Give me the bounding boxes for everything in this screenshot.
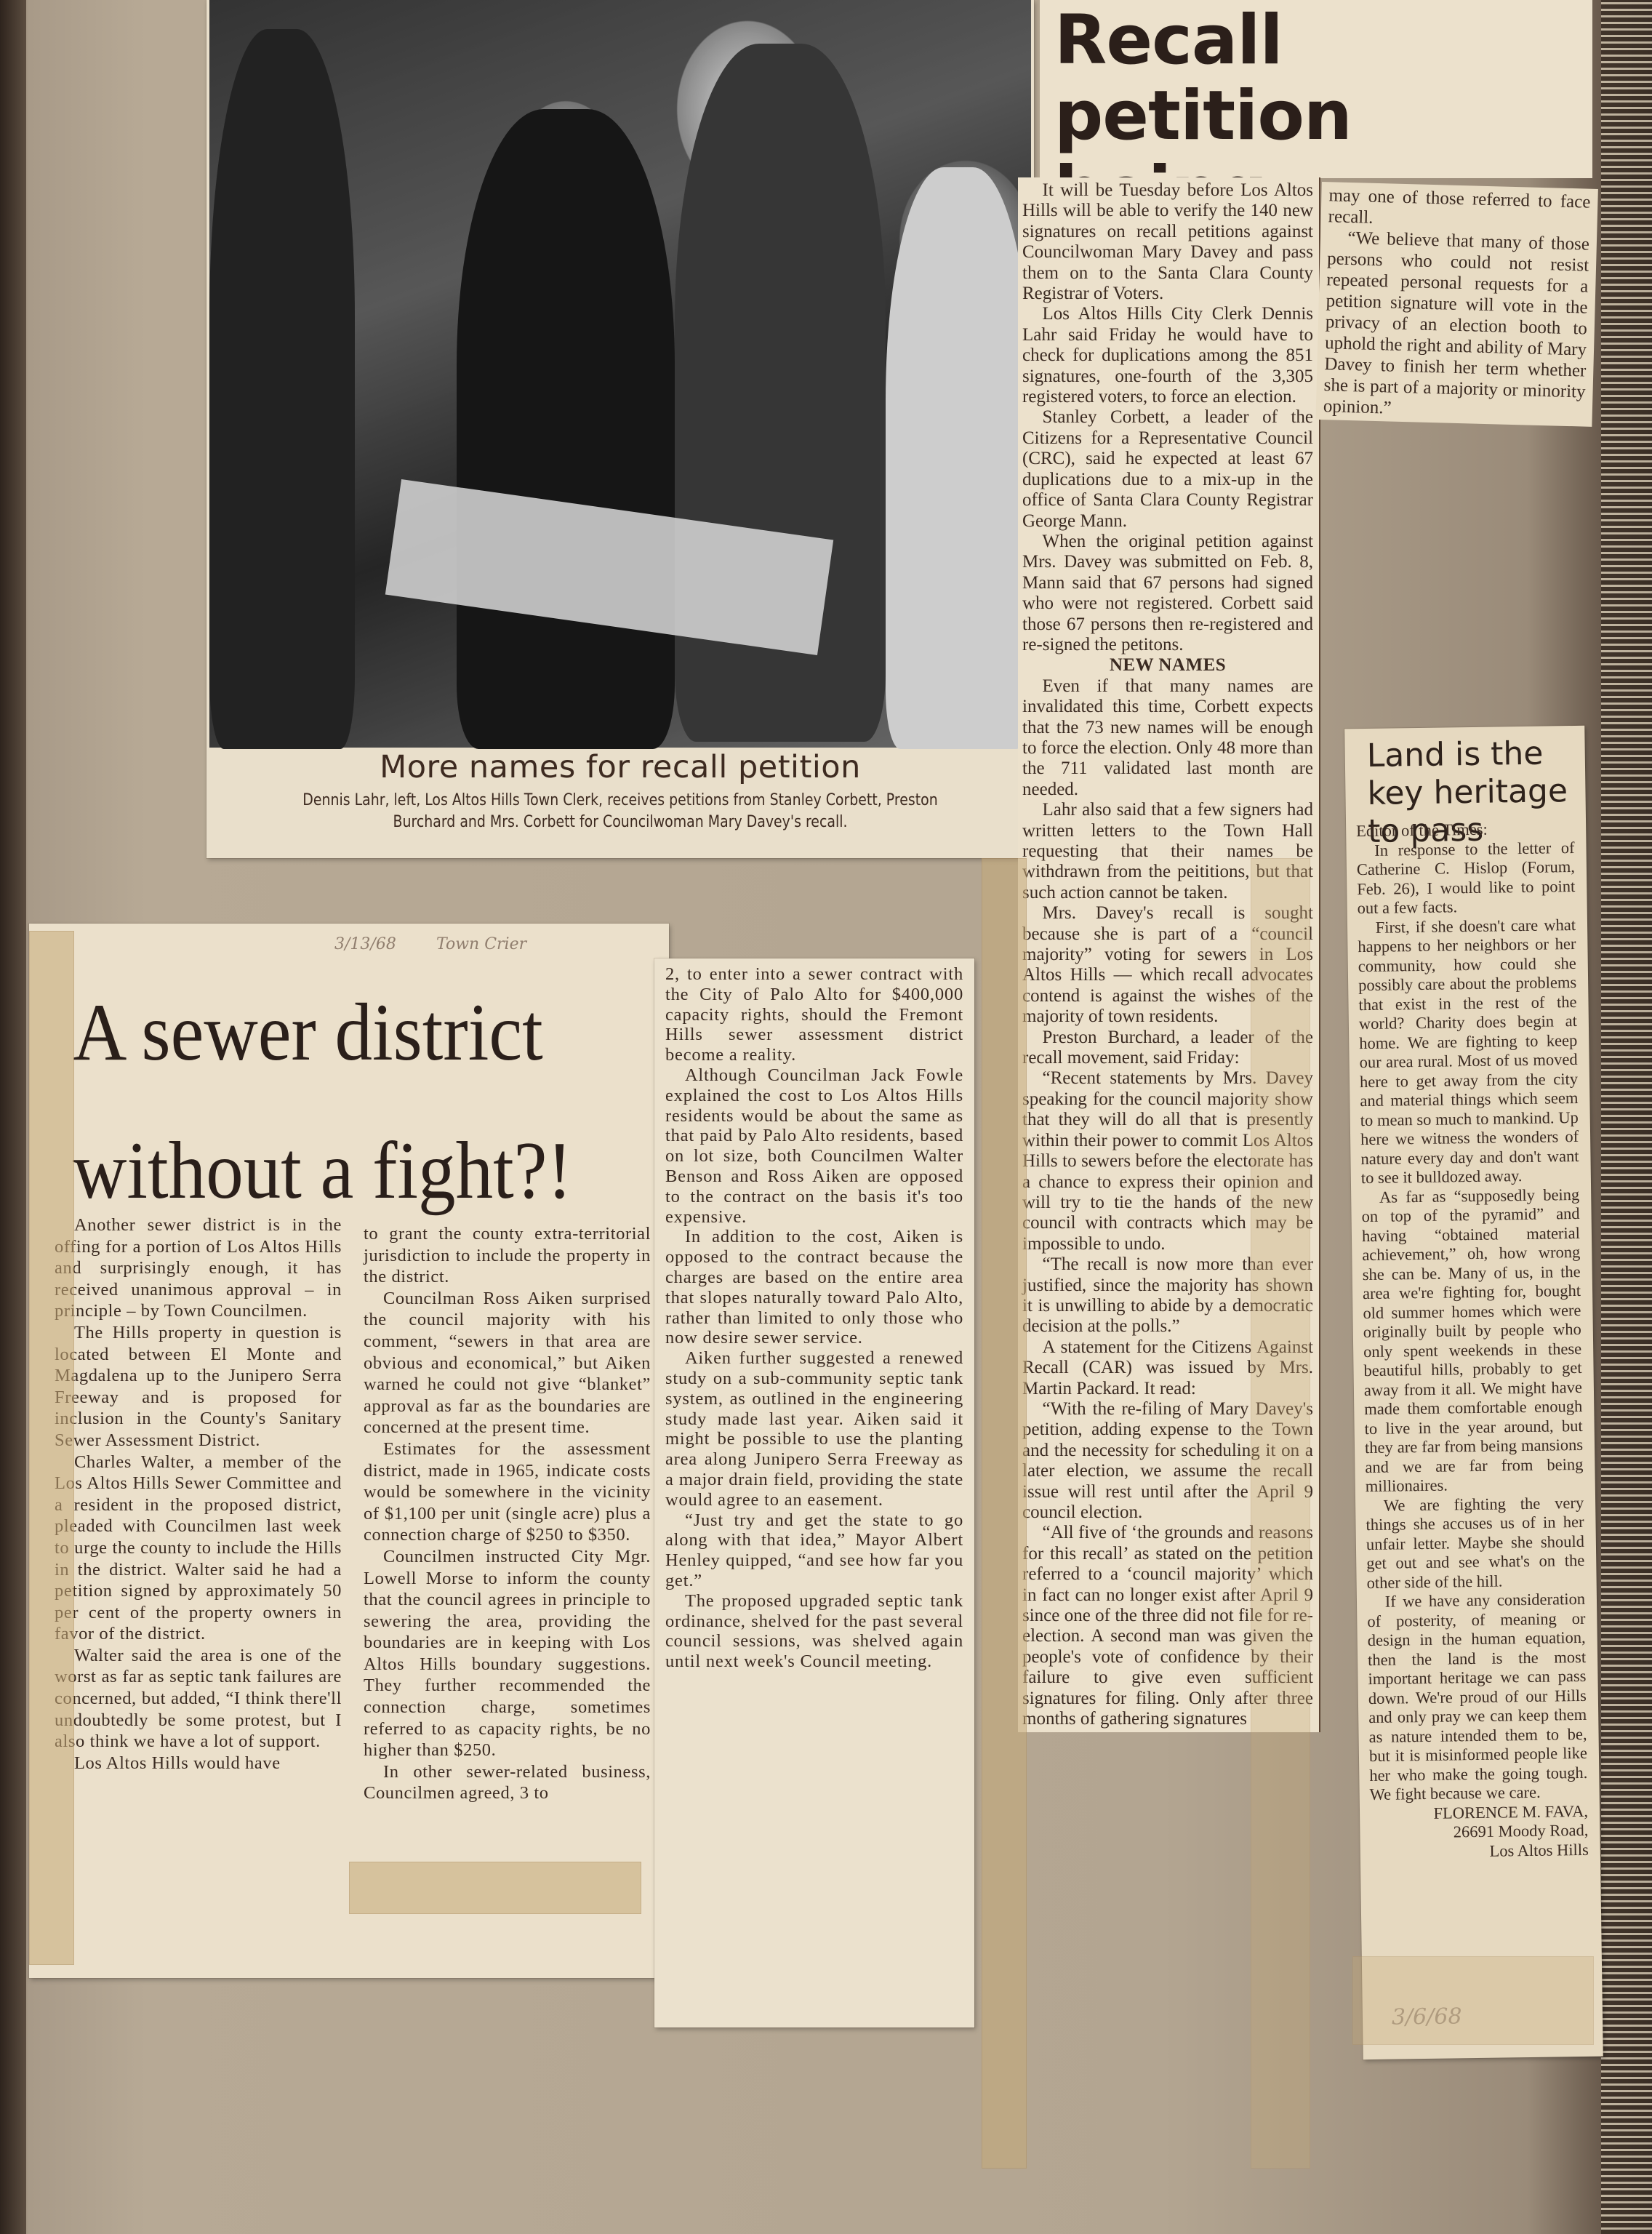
paragraph: may one of those referred to face recall… xyxy=(1328,185,1590,233)
pencil-date-note: 3/13/68 xyxy=(334,935,396,953)
tape-strip xyxy=(29,931,74,1965)
salutation: Editor of the Times: xyxy=(1356,819,1574,841)
paragraph: Stanley Corbett, a leader of the Citizen… xyxy=(1022,407,1313,531)
paragraph: Councilman Ross Aiken surprised the coun… xyxy=(364,1288,651,1438)
signature-name: FLORENCE M. FAVA, xyxy=(1370,1801,1588,1824)
paragraph: In other sewer-related business, Council… xyxy=(364,1761,651,1804)
headline-line: without a fight?! xyxy=(73,1126,572,1216)
paragraph: It will be Tuesday before Los Altos Hill… xyxy=(1022,180,1313,304)
paragraph: As far as “supposedly being on top of th… xyxy=(1361,1185,1584,1496)
paragraph: “Just try and get the state to go along … xyxy=(665,1510,963,1591)
paragraph: Aiken further suggested a renewed study … xyxy=(665,1348,963,1510)
signature-city: Los Altos Hills xyxy=(1371,1840,1589,1862)
pencil-source-note: Town Crier xyxy=(436,935,526,953)
paragraph: Although Councilman Jack Fowle explained… xyxy=(665,1065,963,1227)
photo-caption: Dennis Lahr, left, Los Altos Hills Town … xyxy=(270,790,969,833)
tape-strip xyxy=(1251,858,1310,2169)
letter-to-editor-clipping: Land is the key heritage to pass Editor … xyxy=(1344,726,1603,2059)
recall-article-column-2: may one of those referred to face recall… xyxy=(1315,182,1597,427)
headline-line: Recall petition xyxy=(1054,1,1352,156)
paragraph: 2, to enter into a sewer contract with t… xyxy=(665,964,963,1065)
tape-strip xyxy=(349,1862,641,1914)
paragraph: The Hills property in question is locate… xyxy=(55,1322,342,1452)
paragraph: In response to the letter of Catherine C… xyxy=(1356,838,1575,918)
paragraph: “We believe that many of those persons w… xyxy=(1323,227,1590,423)
person-silhouette xyxy=(886,167,1031,749)
paragraph: First, if she doesn't care what happens … xyxy=(1358,915,1579,1188)
paragraph: When the original petition against Mrs. … xyxy=(1022,532,1313,655)
person-silhouette xyxy=(457,109,675,749)
paragraph: We are fighting the very things she accu… xyxy=(1366,1493,1585,1593)
news-photo xyxy=(209,0,1031,748)
paragraph: Charles Walter, a member of the Los Alto… xyxy=(55,1452,342,1645)
sewer-article-column-3: 2, to enter into a sewer contract with t… xyxy=(665,964,963,1672)
tape-strip xyxy=(1352,1956,1594,2045)
book-binding-left xyxy=(0,0,26,2234)
paragraph: The proposed upgraded septic tank ordina… xyxy=(665,1591,963,1672)
recall-article-headline: Recall petitionbeing checked xyxy=(1040,0,1592,178)
subhead: NEW NAMES xyxy=(1022,655,1313,676)
paragraph: Los Altos Hills would have xyxy=(55,1753,342,1774)
photo-clipping: More names for recall petition Dennis La… xyxy=(206,0,1034,858)
person-silhouette xyxy=(209,29,355,749)
paragraph: Los Altos Hills City Clerk Dennis Lahr s… xyxy=(1022,304,1313,407)
paragraph: Estimates for the assessment district, m… xyxy=(364,1438,651,1546)
sewer-article-column-2: to grant the county extra-territorial ju… xyxy=(364,1223,651,1804)
sewer-article-column-1: Another sewer district is in the offing … xyxy=(55,1214,342,1774)
scrapbook-page: More names for recall petition Dennis La… xyxy=(0,0,1652,2234)
paragraph: to grant the county extra-territorial ju… xyxy=(364,1223,651,1288)
photo-caption-title: More names for recall petition xyxy=(206,749,1034,785)
headline-line: A sewer district xyxy=(73,988,543,1078)
paragraph: Walter said the area is one of the worst… xyxy=(55,1645,342,1753)
sewer-article-headline: A sewer districtwithout a fight?! xyxy=(73,964,572,1240)
paragraph: Another sewer district is in the offing … xyxy=(55,1214,342,1322)
paragraph: If we have any consideration of posterit… xyxy=(1367,1590,1588,1805)
signature-address: 26691 Moody Road, xyxy=(1370,1821,1588,1843)
letter-body: Editor of the Times: In response to the … xyxy=(1356,819,1589,1862)
paragraph: In addition to the cost, Aiken is oppose… xyxy=(665,1227,963,1348)
book-page-edges-right xyxy=(1601,0,1652,2234)
paragraph: Councilmen instructed City Mgr. Lowell M… xyxy=(364,1546,651,1761)
tape-strip xyxy=(982,858,1027,2169)
paragraph: Even if that many names are invalidated … xyxy=(1022,676,1313,800)
